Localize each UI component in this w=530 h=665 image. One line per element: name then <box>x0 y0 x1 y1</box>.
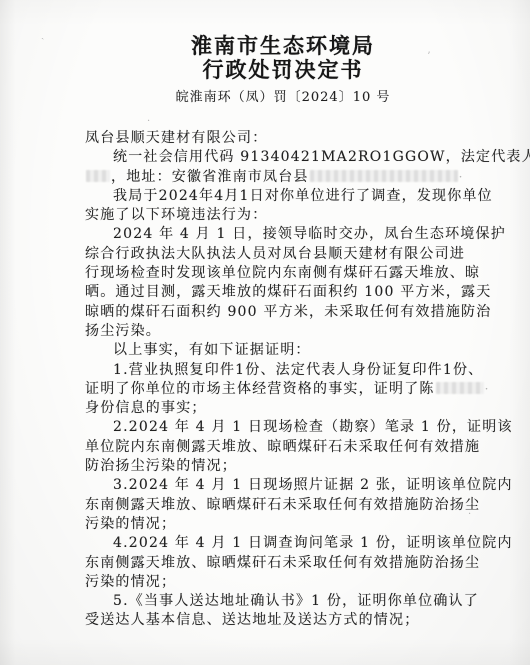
text-line: 扬尘污染。 <box>85 322 505 341</box>
text-line: 防治扬尘污染的情况； <box>85 457 505 476</box>
text-line: 晾晒的煤矸石面积约 900 平方米，未采取任何有效措施防治 <box>85 303 505 322</box>
text-line: 身份信息的事实； <box>85 399 505 418</box>
redacted-text <box>310 170 458 182</box>
text-segment: 统一社会信用代码 91340421MA2RO1GGOW，法定代表人陈 <box>113 149 530 165</box>
text-segment: 我局于2024年4月1日对你单位进行了调查，发现你单位 <box>113 188 493 204</box>
text-line: ，地址：安徽省淮南市凤台县· <box>85 168 505 187</box>
text-segment: 3.2024 年 4 月 1 日现场照片证据 2 张，证明该单位院内 <box>113 477 513 493</box>
text-line: 证明了你单位的市场主体经营资格的事实，证明了陈· <box>85 380 505 399</box>
text-line: 2024 年 4 月 1 日，接领导临时交办，凤台生态环境保护 <box>85 225 505 244</box>
text-line: 东南侧露天堆放、晾晒煤矸石未采取任何有效措施防治扬尘 <box>85 496 505 515</box>
text-segment: 身份信息的事实； <box>85 400 207 416</box>
text-line: 实施了以下环境违法行为： <box>85 206 505 225</box>
text-line: 我局于2024年4月1日对你单位进行了调查，发现你单位 <box>85 187 505 206</box>
text-segment: 2.2024 年 4 月 1 日现场检查（勘察）笔录 1 份，证明该 <box>113 419 513 435</box>
text-line: 1.营业执照复印件1份、法定代表人身份证复印件1份、 <box>85 361 505 380</box>
text-segment: 证明了你单位的市场主体经营资格的事实，证明了陈 <box>85 381 435 397</box>
text-segment: 防治扬尘污染的情况； <box>85 458 237 474</box>
text-line: 受送达人基本信息、送达地址及送达方式的情况； <box>85 611 505 630</box>
scan-artifact: · <box>468 510 471 520</box>
scan-artifact: · <box>147 117 150 127</box>
text-segment: 实施了以下环境违法行为： <box>85 207 267 223</box>
text-segment: 单位院内东南侧露天堆放、晾晒煤矸石未采取任何有效措施 <box>85 439 480 455</box>
scan-artifact: ʼ <box>427 52 430 62</box>
text-segment: 晒。通过目测，露天堆放的煤矸石面积约 100 平方米，露天 <box>85 284 491 300</box>
text-line: 行现场检查时发现该单位院内东南侧有煤矸石露天堆放、晾 <box>85 264 505 283</box>
text-segment: 以上事实，有如下证据证明： <box>113 342 311 358</box>
text-segment: 受送达人基本信息、送达地址及送达方式的情况； <box>85 612 419 628</box>
text-line: 以上事实，有如下证据证明： <box>85 341 505 360</box>
scan-artifact: · <box>459 170 463 184</box>
document-body: 凤台县顺天建材有限公司：统一社会信用代码 91340421MA2RO1GGOW，… <box>85 129 505 631</box>
document-title-line1: 淮南市生态环境局 <box>18 34 530 58</box>
redacted-text <box>86 170 110 182</box>
document-header: 淮南市生态环境局 行政处罚决定书 皖淮南环（凤）罚〔2024〕10 号 <box>18 34 530 105</box>
text-segment: 5.《当事人送达地址确认书》1 份，证明你单位确认了 <box>113 593 479 609</box>
text-line: 晒。通过目测，露天堆放的煤矸石面积约 100 平方米，露天 <box>85 283 505 302</box>
redacted-text <box>436 382 484 394</box>
text-line: 凤台县顺天建材有限公司： <box>85 129 505 148</box>
scan-artifact: · <box>485 382 489 396</box>
text-segment: 行现场检查时发现该单位院内东南侧有煤矸石露天堆放、晾 <box>85 265 480 281</box>
scanned-document-page: 淮南市生态环境局 行政处罚决定书 皖淮南环（凤）罚〔2024〕10 号 凤台县顺… <box>0 0 530 665</box>
text-line: 5.《当事人送达地址确认书》1 份，证明你单位确认了 <box>85 592 505 611</box>
text-line: 污染的情况； <box>85 573 505 592</box>
document-number: 皖淮南环（凤）罚〔2024〕10 号 <box>18 90 530 105</box>
text-segment: 东南侧露天堆放、晾晒煤矸石未采取任何有效措施防治扬尘 <box>85 555 480 571</box>
text-line: 东南侧露天堆放、晾晒煤矸石未采取任何有效措施防治扬尘 <box>85 554 505 573</box>
text-line: 3.2024 年 4 月 1 日现场照片证据 2 张，证明该单位院内 <box>85 476 505 495</box>
document-title-line2: 行政处罚决定书 <box>18 58 530 82</box>
text-segment: 凤台县顺天建材有限公司： <box>85 130 267 146</box>
text-segment: 扬尘污染。 <box>85 323 161 339</box>
text-line: 单位院内东南侧露天堆放、晾晒煤矸石未采取任何有效措施 <box>85 438 505 457</box>
text-segment: 污染的情况； <box>85 574 176 590</box>
text-segment: 污染的情况； <box>85 516 176 532</box>
text-segment: 1.营业执照复印件1份、法定代表人身份证复印件1份、 <box>113 362 483 378</box>
text-segment: ，地址：安徽省淮南市凤台县 <box>111 169 309 185</box>
text-segment: 综合行政执法大队执法人员对凤台县顺天建材有限公司进 <box>85 246 465 262</box>
text-line: 综合行政执法大队执法人员对凤台县顺天建材有限公司进 <box>85 245 505 264</box>
text-segment: 4.2024 年 4 月 1 日调查询问笔录 1 份，证明该单位院内 <box>113 535 513 551</box>
scan-artifact: ˏ <box>41 30 44 40</box>
text-segment: 东南侧露天堆放、晾晒煤矸石未采取任何有效措施防治扬尘 <box>85 497 480 513</box>
text-line: 统一社会信用代码 91340421MA2RO1GGOW，法定代表人陈 <box>85 148 505 167</box>
text-segment: 2024 年 4 月 1 日，接领导临时交办，凤台生态环境保护 <box>113 226 506 242</box>
text-line: 4.2024 年 4 月 1 日调查询问笔录 1 份，证明该单位院内 <box>85 534 505 553</box>
text-segment: 晾晒的煤矸石面积约 900 平方米，未采取任何有效措施防治 <box>85 304 491 320</box>
text-line: 2.2024 年 4 月 1 日现场检查（勘察）笔录 1 份，证明该 <box>85 418 505 437</box>
text-line: 污染的情况； <box>85 515 505 534</box>
